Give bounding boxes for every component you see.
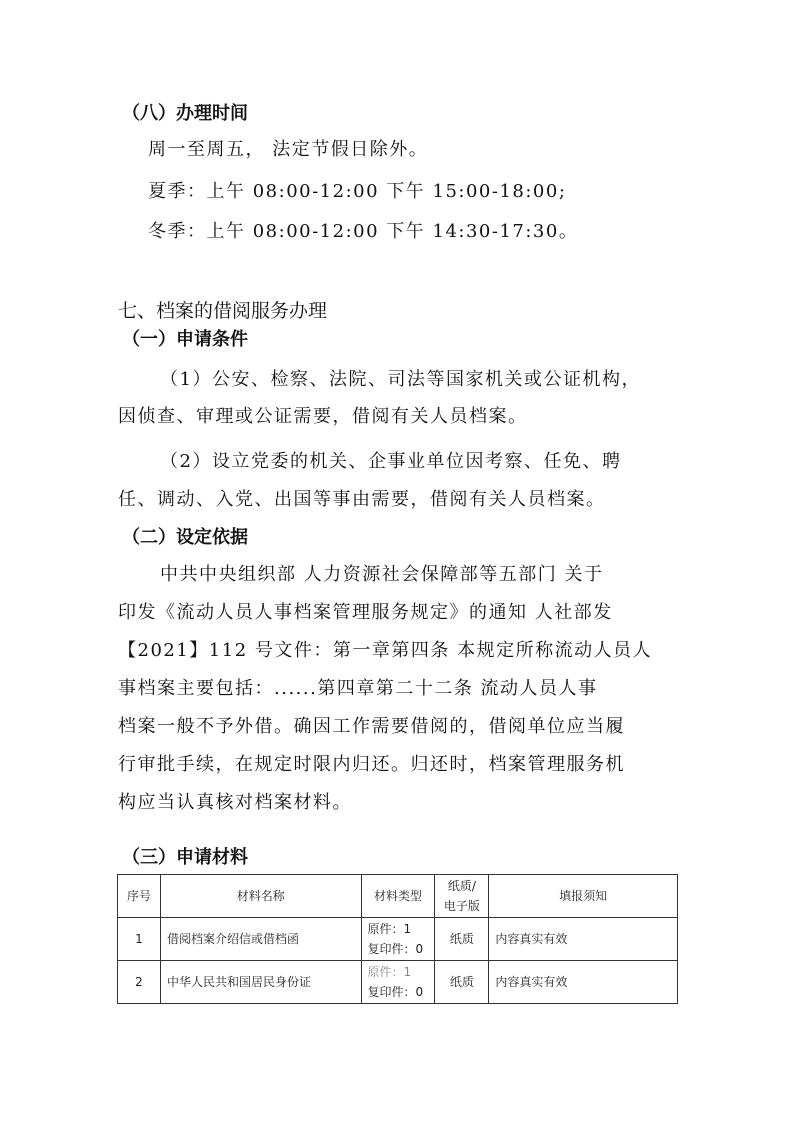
header-no: 序号 xyxy=(118,875,161,918)
winter-hours-text: 冬季：上午 08:00-12:00 下午 14:30-17:30。 xyxy=(148,220,578,244)
condition-1-line-1: （1）公安、检察、法院、司法等国家机关或公证机构， xyxy=(160,368,641,392)
basis-line: 行审批手续，在规定时限内归还。归还时，档案管理服务机 xyxy=(118,753,625,777)
table-header-row: 序号 材料名称 材料类型 纸质/ 电子版 填报须知 xyxy=(118,875,678,918)
cell-note: 内容真实有效 xyxy=(489,918,678,961)
cell-name: 借阅档案介绍信或借档函 xyxy=(160,918,361,961)
basis-line: 印发《流动人员人事档案管理服务规定》的通知 人社部发 xyxy=(118,601,613,625)
sub-heading-conditions: （一）申请条件 xyxy=(122,328,248,352)
basis-line: 档案一般不予外借。确因工作需要借阅的，借阅单位应当履 xyxy=(118,715,625,739)
cell-no: 1 xyxy=(118,918,161,961)
header-format-line-2: 电子版 xyxy=(441,896,482,916)
cell-note: 内容真实有效 xyxy=(489,961,678,1004)
cell-format: 纸质 xyxy=(435,961,489,1004)
basis-line: 【2021】112 号文件：第一章第四条 本规定所称流动人员人 xyxy=(118,639,652,663)
header-note: 填报须知 xyxy=(489,875,678,918)
basis-line: 事档案主要包括：......第四章第二十二条 流动人员人事 xyxy=(118,677,598,701)
copy-count: 复印件：0 xyxy=(368,939,429,959)
header-format: 纸质/ 电子版 xyxy=(435,875,489,918)
materials-table: 序号 材料名称 材料类型 纸质/ 电子版 填报须知 1 借阅档案介绍信或借档函 … xyxy=(117,874,678,1004)
cell-type: 原件：1 复印件：0 xyxy=(361,918,435,961)
condition-2-line-2: 任、调动、入党、出国等事由需要，借阅有关人员档案。 xyxy=(118,488,606,512)
condition-1-line-2: 因侦查、审理或公证需要，借阅有关人员档案。 xyxy=(118,405,528,429)
original-count: 原件：1 xyxy=(368,962,429,982)
chapter-title: 七、档案的借阅服务办理 xyxy=(118,299,327,323)
sub-heading-basis: （二）设定依据 xyxy=(122,526,248,550)
header-format-line-1: 纸质/ xyxy=(441,876,482,896)
table-row: 2 中华人民共和国居民身份证 原件：1 复印件：0 纸质 内容真实有效 xyxy=(118,961,678,1004)
cell-name: 中华人民共和国居民身份证 xyxy=(160,961,361,1004)
condition-2-line-1: （2）设立党委的机关、企事业单位因考察、任免、聘 xyxy=(160,450,621,474)
cell-no: 2 xyxy=(118,961,161,1004)
basis-line: 中共中央组织部 人力资源社会保障部等五部门 关于 xyxy=(160,563,603,587)
cell-type: 原件：1 复印件：0 xyxy=(361,961,435,1004)
summer-hours-text: 夏季：上午 08:00-12:00 下午 15:00-18:00; xyxy=(148,180,566,204)
original-count: 原件：1 xyxy=(368,919,429,939)
cell-format: 纸质 xyxy=(435,918,489,961)
sub-heading-materials: （三）申请材料 xyxy=(122,846,248,870)
basis-line: 构应当认真核对档案材料。 xyxy=(118,791,352,815)
workdays-text: 周一至周五， 法定节假日除外。 xyxy=(148,138,428,162)
header-name: 材料名称 xyxy=(160,875,361,918)
section-heading: （八）办理时间 xyxy=(122,102,248,126)
table-row: 1 借阅档案介绍信或借档函 原件：1 复印件：0 纸质 内容真实有效 xyxy=(118,918,678,961)
copy-count: 复印件：0 xyxy=(368,982,429,1002)
header-type: 材料类型 xyxy=(361,875,435,918)
